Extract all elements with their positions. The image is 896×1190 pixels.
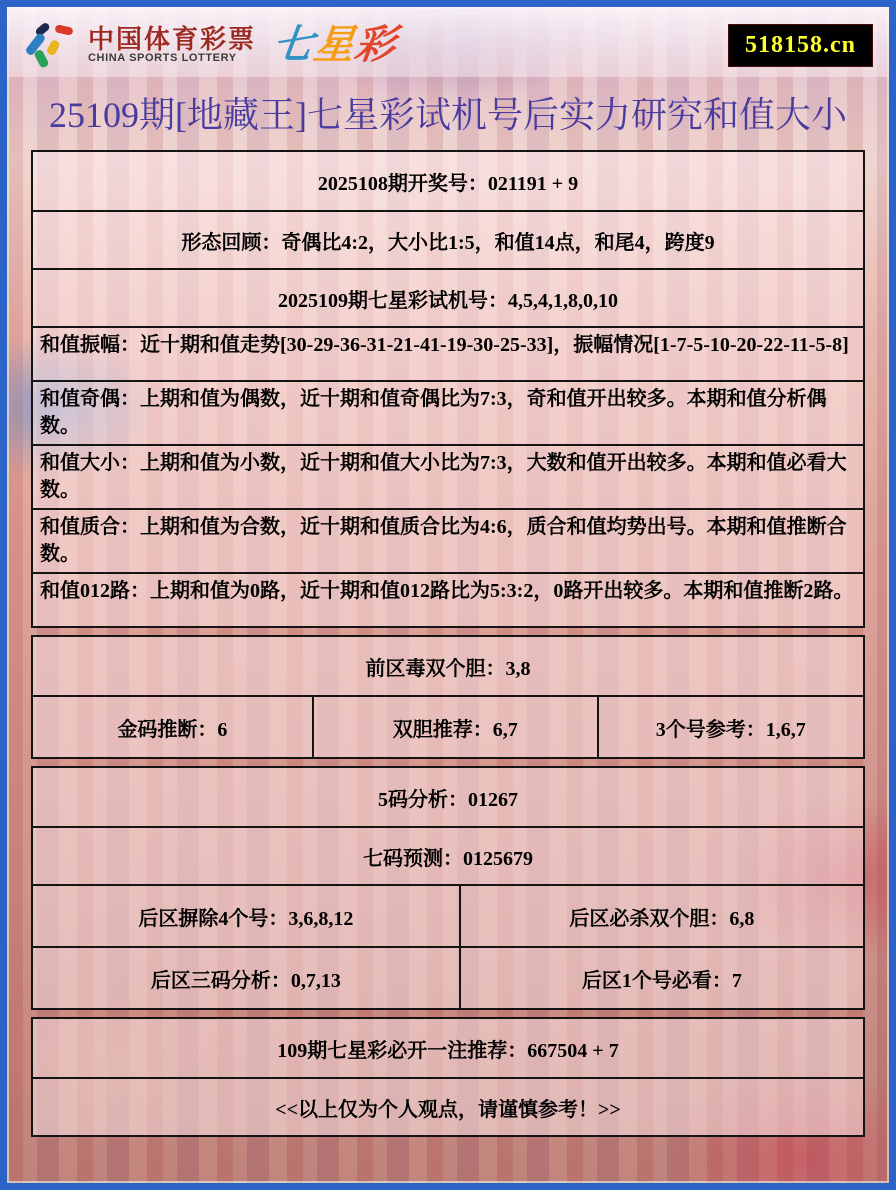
row-test-number: 2025109期七星彩试机号：4,5,4,1,8,0,10 [33,268,863,326]
brand-char-1: 七 [270,22,317,67]
brand-char-3: 彩 [352,22,399,67]
row-sum-amplitude: 和值振幅：近十期和值走势[30-29-36-31-21-41-19-30-25-… [33,326,863,380]
logo-cn-label: 中国体育彩票 [88,26,256,53]
row-sum-odd-even: 和值奇偶：上期和值为偶数，近十期和值奇偶比为7:3，奇和值开出较多。本期和值分析… [33,380,863,444]
row-sum-prime-composite: 和值质合：上期和值为合数，近十期和值质合比为4:6，质合和值均势出号。本期和值推… [33,508,863,572]
row-three-picks: 金码推断：6 双胆推荐：6,7 3个号参考：1,6,7 [33,695,863,757]
row-must-open-recommend: 109期七星彩必开一注推荐：667504 + 7 [33,1019,863,1077]
group-code-analysis: 5码分析：01267 七码预测：0125679 后区摒除4个号：3,6,8,12… [31,766,865,1010]
row-back-exclude-kill: 后区摒除4个号：3,6,8,12 后区必杀双个胆：6,8 [33,884,863,946]
cell-back-three-code: 后区三码分析：0,7,13 [33,948,459,1008]
group-review: 2025108期开奖号：021191 + 9 形态回顾：奇偶比4:2，大小比1:… [31,150,865,628]
row-front-double-dan: 前区毒双个胆：3,8 [33,637,863,695]
cell-double-dan-recommend: 双胆推荐：6,7 [312,697,597,757]
logo-text: 中国体育彩票 CHINA SPORTS LOTTERY [88,26,256,65]
site-header: 中国体育彩票 CHINA SPORTS LOTTERY 七星彩 518158.c… [7,7,889,77]
brand-qixingcai: 七星彩 [271,25,399,65]
site-logo[interactable]: 中国体育彩票 CHINA SPORTS LOTTERY 七星彩 [25,20,396,70]
logo-en-label: CHINA SPORTS LOTTERY [88,53,256,65]
prediction-sheet: 2025108期开奖号：021191 + 9 形态回顾：奇偶比4:2，大小比1:… [31,150,865,1137]
group-final: 109期七星彩必开一注推荐：667504 + 7 <<以上仅为个人观点，请谨慎参… [31,1017,865,1137]
row-seven-code: 七码预测：0125679 [33,826,863,884]
page-root: 中国体育彩票 CHINA SPORTS LOTTERY 七星彩 518158.c… [0,0,896,1190]
cell-back-kill-double-dan: 后区必杀双个胆：6,8 [459,886,863,946]
page-title: 25109期[地藏王]七星彩试机号后实力研究和值大小 [11,87,885,138]
row-sum-big-small: 和值大小：上期和值为小数，近十期和值大小比为7:3，大数和值开出较多。本期和值必… [33,444,863,508]
site-domain-badge[interactable]: 518158.cn [728,24,873,67]
cell-gold-code: 金码推断：6 [33,697,312,757]
row-pattern-review: 形态回顾：奇偶比4:2，大小比1:5，和值14点，和尾4，跨度9 [33,210,863,268]
row-disclaimer: <<以上仅为个人观点，请谨慎参考！>> [33,1077,863,1135]
group-front-picks: 前区毒双个胆：3,8 金码推断：6 双胆推荐：6,7 3个号参考：1,6,7 [31,635,865,759]
cell-three-number-ref: 3个号参考：1,6,7 [597,697,863,757]
row-five-code: 5码分析：01267 [33,768,863,826]
sports-lottery-pinwheel-icon [25,20,79,70]
row-back-three-one: 后区三码分析：0,7,13 后区1个号必看：7 [33,946,863,1008]
brand-char-2: 星 [311,22,358,67]
cell-back-exclude-4: 后区摒除4个号：3,6,8,12 [33,886,459,946]
row-sum-012-road: 和值012路：上期和值为0路，近十期和值012路比为5:3:2，0路开出较多。本… [33,572,863,626]
cell-back-one-must-see: 后区1个号必看：7 [459,948,863,1008]
row-last-draw-result: 2025108期开奖号：021191 + 9 [33,152,863,210]
